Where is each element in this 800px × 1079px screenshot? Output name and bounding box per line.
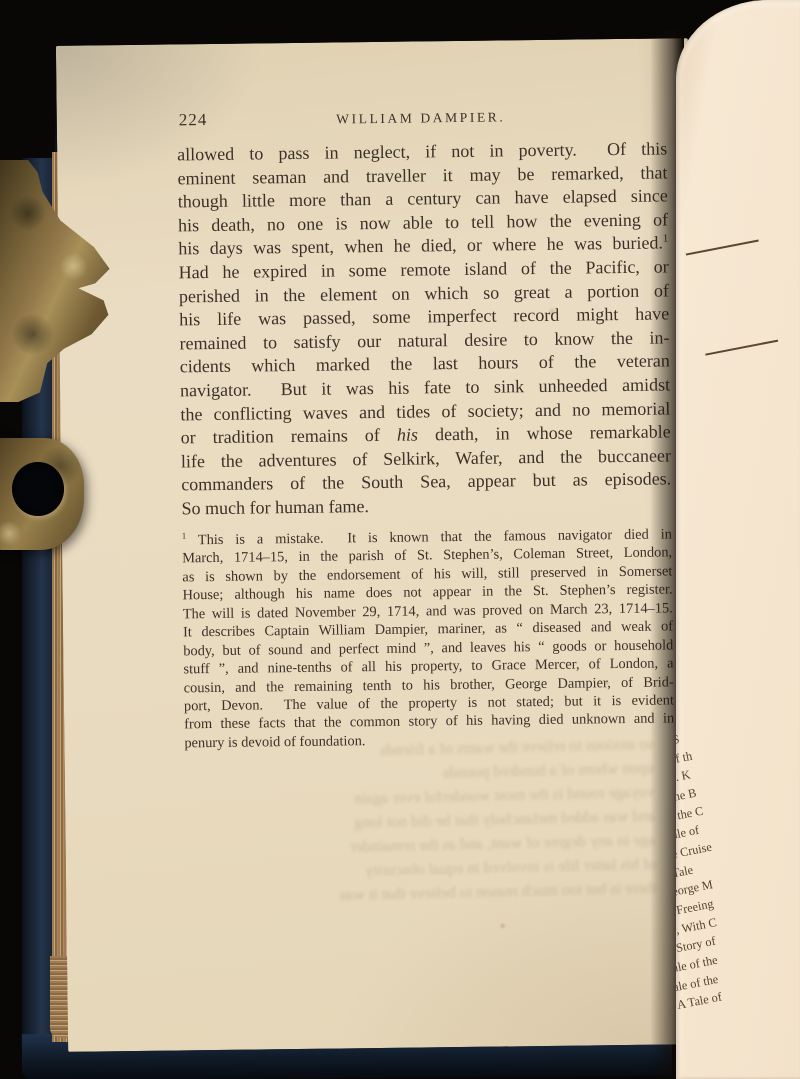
advertisement-content: BLACKI KS FOR Y A. HENTY, GEORGE MAN STA… [676,6,800,1029]
featured-book-blurb: VERSE: OR, THE INFINId of Contrasts in C… [676,245,800,380]
clasp-hole [12,462,64,516]
divider-rule [705,339,778,355]
brass-clasp-lower [0,438,84,550]
body-text: allowed to pass in neglect, if not in po… [177,138,672,521]
right-page-advertisement: BLACKI KS FOR Y A. HENTY, GEORGE MAN STA… [676,0,800,1079]
footnote: 1 This is a mistake. It is known that th… [182,526,675,753]
body-line: So much for human fame. [181,492,671,522]
left-page: 224 WILLIAM DAMPIER. allowed to pass in … [56,38,700,1052]
book-title-list: rick the Great: A Talee at Corunna: A Ta… [676,416,800,1029]
page-header: 224 WILLIAM DAMPIER. [177,104,665,134]
show-through-text: so anxious to relieve the wants of a fri… [114,736,658,916]
running-header: WILLIAM DAMPIER. [177,107,665,129]
